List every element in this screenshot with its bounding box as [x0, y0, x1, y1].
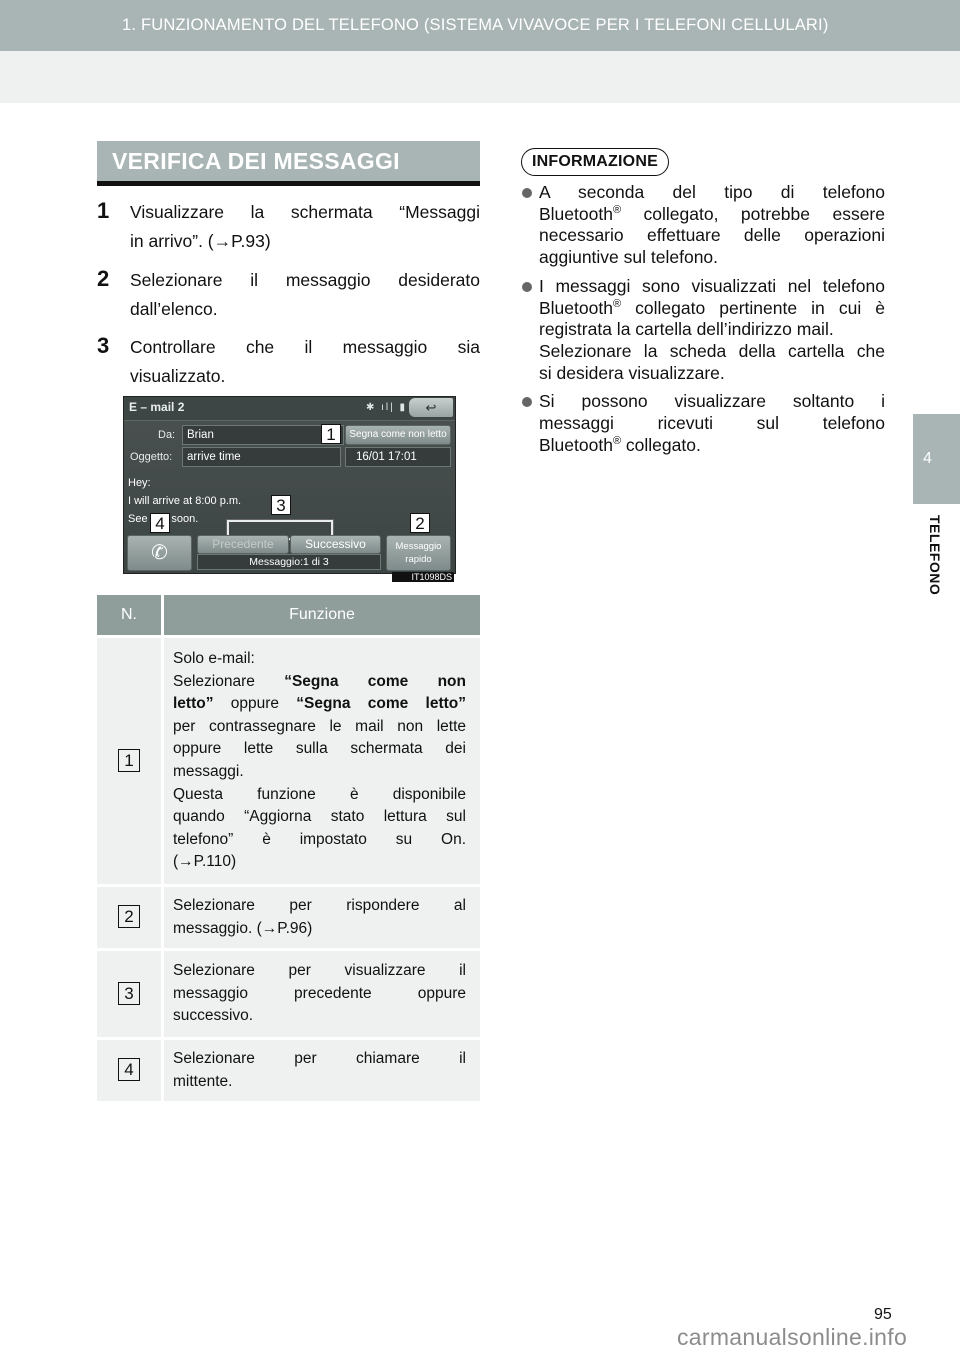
description-line: Selezionare per rispondere al — [173, 895, 466, 918]
row-number-cell: 4 — [97, 1038, 163, 1101]
description-line: Selezionare per visualizzare il — [173, 960, 466, 983]
datetime-field: 16/01 17:01 — [345, 447, 451, 467]
step-text: Visualizzare la schermata “Messaggi in a… — [130, 198, 480, 256]
bullet-icon — [522, 188, 532, 198]
row-description-cell: Solo e-mail:Selezionare “Segna come nonl… — [163, 637, 481, 886]
info-line: registrata la cartella dell’indirizzo ma… — [539, 319, 885, 341]
from-label: Da: — [158, 429, 175, 441]
message-counter: Messaggio:1 di 3 — [197, 554, 381, 570]
column-header-function: Funzione — [163, 595, 481, 637]
bullet-icon — [522, 397, 532, 407]
back-arrow-icon: ↩ — [426, 400, 437, 415]
info-line: Si possono visualizzare soltanto i — [539, 391, 885, 413]
info-line: Bluetooth® collegato, potrebbe essere — [539, 204, 885, 226]
callout-3: 3 — [271, 495, 291, 515]
page-number: 95 — [874, 1306, 892, 1324]
table-row: 3Selezionare per visualizzare ilmessaggi… — [97, 950, 480, 1039]
chapter-tab[interactable]: 4 — [913, 414, 960, 504]
message-body-line: Hey: — [128, 477, 151, 489]
message-body-line: I will arrive at 8:00 p.m. — [128, 495, 241, 507]
info-list: A seconda del tipo di telefonoBluetooth®… — [521, 182, 885, 463]
next-button[interactable]: Successivo — [290, 535, 381, 554]
chapter-title: 1. FUNZIONAMENTO DEL TELEFONO (SISTEMA V… — [122, 16, 829, 35]
step-number: 3 — [97, 333, 109, 359]
info-line: aggiuntive sul telefono. — [539, 247, 885, 269]
section-title: VERIFICA DEI MESSAGGI — [112, 148, 400, 175]
screen-title: E – mail 2 — [129, 400, 184, 414]
from-field: Brian — [182, 425, 344, 445]
quick-reply-button[interactable]: Messaggio rapido — [386, 535, 451, 571]
step-text: Controllare che il messaggio sia visuali… — [130, 333, 480, 391]
table-row: 1Solo e-mail:Selezionare “Segna come non… — [97, 637, 480, 886]
info-item: I messaggi sono visualizzati nel telefon… — [521, 276, 885, 385]
description-line: messaggio. (→P.96) — [173, 918, 466, 941]
info-line: messaggi ricevuti sul telefono — [539, 413, 885, 435]
description-line: quando “Aggiorna stato lettura sul — [173, 806, 466, 829]
image-code: IT1098DS — [392, 572, 454, 582]
table-row: 2Selezionare per rispondere almessaggio.… — [97, 885, 480, 949]
chapter-tab-number: 4 — [923, 450, 932, 468]
chapter-tab-label: TELEFONO — [923, 515, 943, 635]
step-number: 2 — [97, 266, 109, 292]
call-sender-button[interactable]: ✆ — [127, 535, 192, 571]
info-line: necessario effettuare delle operazioni — [539, 225, 885, 247]
callout-4: 4 — [150, 513, 170, 533]
info-line: si desidera visualizzare. — [539, 363, 885, 385]
header-subband — [0, 51, 960, 103]
row-number-cell: 3 — [97, 950, 163, 1039]
description-line: Selezionare per chiamare il — [173, 1048, 466, 1071]
previous-button[interactable]: Precedente — [197, 535, 289, 554]
bullet-icon — [522, 282, 532, 292]
table-row: 4Selezionare per chiamare ilmittente. — [97, 1038, 480, 1101]
step-number: 1 — [97, 198, 109, 224]
description-line: telefono” è impostato su On. — [173, 829, 466, 852]
info-line: I messaggi sono visualizzati nel telefon… — [539, 276, 885, 298]
row-description-cell: Selezionare per chiamare ilmittente. — [163, 1038, 481, 1101]
subject-label: Oggetto: — [130, 451, 172, 463]
description-line: messaggio precedente oppure — [173, 983, 466, 1006]
function-table: N. Funzione 1Solo e-mail:Selezionare “Se… — [97, 595, 480, 1101]
callout-2: 2 — [410, 513, 430, 533]
description-line: Selezionare “Segna come non — [173, 671, 466, 694]
email-screen-illustration: E – mail 2 ✱ ıl| ▮ ↩ Da: Brian Oggetto: … — [123, 396, 456, 574]
description-line: oppure lette sulla schermata dei — [173, 738, 466, 761]
phone-icon: ✆ — [151, 542, 168, 564]
row-description-cell: Selezionare per visualizzare ilmessaggio… — [163, 950, 481, 1039]
info-line: A seconda del tipo di telefono — [539, 182, 885, 204]
step-text: Selezionare il messaggio desiderato dall… — [130, 266, 480, 324]
description-line: Questa funzione è disponibile — [173, 784, 466, 807]
description-line: per contrassegnare le mail non lette — [173, 716, 466, 739]
row-number-box: 3 — [118, 982, 140, 1005]
screen-titlebar: E – mail 2 ✱ ıl| ▮ ↩ — [124, 397, 455, 421]
column-header-number: N. — [97, 595, 163, 637]
description-line: successivo. — [173, 1005, 466, 1028]
row-number-box: 4 — [118, 1058, 140, 1081]
bluetooth-signal-battery-icon: ✱ ıl| ▮ — [366, 402, 407, 413]
table-header-row: N. Funzione — [97, 595, 480, 637]
section-heading: VERIFICA DEI MESSAGGI — [97, 141, 480, 186]
description-line: Solo e-mail: — [173, 648, 466, 671]
row-number-cell: 2 — [97, 885, 163, 949]
description-line: letto” oppure “Segna come letto” — [173, 693, 466, 716]
callout-1: 1 — [321, 424, 341, 444]
description-line: (→P.110) — [173, 851, 466, 874]
info-item: Si possono visualizzare soltanto imessag… — [521, 391, 885, 456]
back-button[interactable]: ↩ — [409, 398, 453, 417]
info-line: Selezionare la scheda della cartella che — [539, 341, 885, 363]
subject-field: arrive time — [182, 447, 341, 467]
row-number-box: 1 — [118, 749, 140, 772]
row-number-box: 2 — [118, 905, 140, 928]
description-line: mittente. — [173, 1071, 466, 1094]
chapter-header: 1. FUNZIONAMENTO DEL TELEFONO (SISTEMA V… — [0, 0, 960, 51]
info-line: Bluetooth® collegato. — [539, 435, 885, 457]
info-item: A seconda del tipo di telefonoBluetooth®… — [521, 182, 885, 269]
info-title-badge: INFORMAZIONE — [521, 148, 669, 176]
description-line: messaggi. — [173, 761, 466, 784]
row-description-cell: Selezionare per rispondere almessaggio. … — [163, 885, 481, 949]
row-number-cell: 1 — [97, 637, 163, 886]
watermark: carmanualsonline.info — [677, 1324, 907, 1351]
mark-unread-button[interactable]: Segna come non letto — [345, 425, 451, 445]
info-line: Bluetooth® collegato pertinente in cui è — [539, 298, 885, 320]
